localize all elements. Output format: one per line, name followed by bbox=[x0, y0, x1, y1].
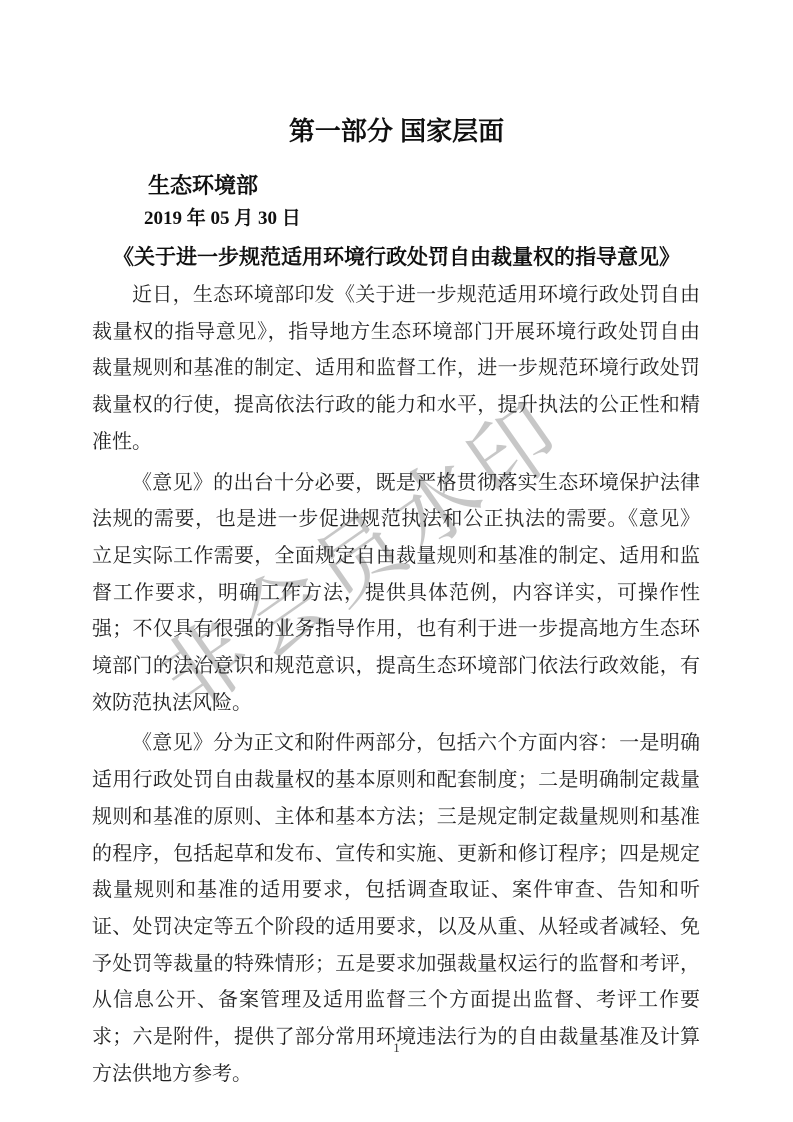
paragraph: 《意见》分为正文和附件两部分，包括六个方面内容：一是明确适用行政处罚自由裁量权的… bbox=[92, 725, 700, 1092]
paragraph: 《意见》的出台十分必要，既是严格贯彻落实生态环境保护法律法规的需要，也是进一步促… bbox=[92, 465, 700, 722]
document-title: 《关于进一步规范适用环境行政处罚自由裁量权的指导意见》 bbox=[0, 244, 793, 272]
document-page: 非会员水印 第一部分 国家层面 生态环境部 2019 年 05 月 30 日 《… bbox=[0, 0, 793, 1122]
page-content: 第一部分 国家层面 生态环境部 2019 年 05 月 30 日 《关于进一步规… bbox=[0, 0, 793, 1122]
section-title: 第一部分 国家层面 bbox=[0, 114, 793, 148]
agency-heading: 生态环境部 bbox=[148, 172, 258, 200]
document-body: 近日，生态环境部印发《关于进一步规范适用环境行政处罚自由裁量权的指导意见》，指导… bbox=[92, 277, 700, 1096]
publish-date: 2019 年 05 月 30 日 bbox=[144, 207, 301, 231]
page-number: 1 bbox=[0, 1039, 793, 1057]
paragraph: 近日，生态环境部印发《关于进一步规范适用环境行政处罚自由裁量权的指导意见》，指导… bbox=[92, 277, 700, 461]
